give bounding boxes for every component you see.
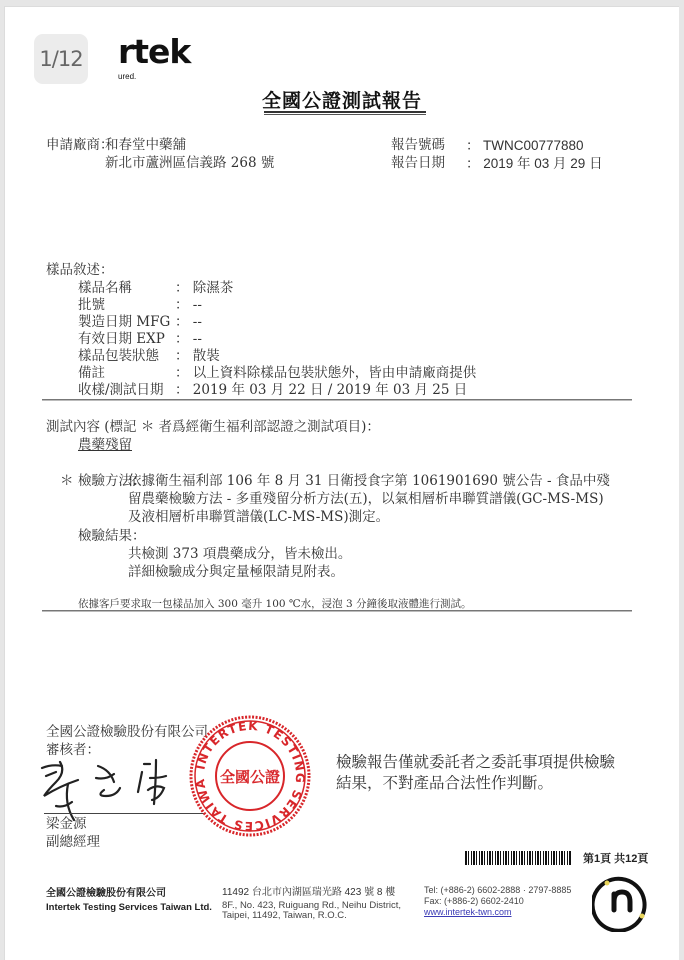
company-seal-stamp: INTERTEK TESTING SERVICES TAIWAN LTD. 全國… (188, 714, 312, 838)
svg-text:全國公證: 全國公證 (220, 768, 280, 786)
sample-field-value: ： 以上資料除樣品包裝狀態外，皆由申請廠商提供 (175, 365, 476, 382)
sample-field-label: 有效日期 EXP (78, 331, 165, 348)
sample-field-value: ： -- (175, 297, 202, 314)
result-label: 檢驗結果： (78, 528, 146, 545)
footer-company-zh: 全國公證檢驗股份有限公司 (46, 887, 166, 900)
sample-field-value: ： -- (175, 314, 202, 331)
intertek-in-logo-icon (592, 872, 652, 932)
sample-field-label: 備註 (78, 365, 105, 382)
footer-website-link[interactable]: www.intertek-twn.com (424, 907, 512, 918)
result-line: 共檢測 373 項農藥成分，皆未檢出。 (128, 546, 351, 563)
result-line: 詳細檢驗成分與定量極限請見附表。 (128, 564, 344, 581)
footer-fax: Fax: (+886-2) 6602-2410 (424, 896, 524, 907)
title-underline (264, 111, 426, 115)
sample-field-value: ： 除濕茶 (175, 280, 233, 297)
report-date-value: ： 2019 年 03 月 29 日 (466, 155, 603, 172)
report-title: 全國公證測試報告 (262, 86, 422, 113)
disclaimer-line: 結果，不對產品合法性作判斷。 (336, 773, 553, 794)
barcode (465, 851, 571, 865)
sample-field-label: 樣品包裝狀態 (78, 348, 159, 365)
certified-marker: ＊ (60, 473, 74, 490)
applicant-name: 和春堂中藥舖 (105, 137, 186, 154)
sample-field-label: 製造日期 MFG (78, 314, 170, 331)
footer-address-en: Taipei, 11492, Taiwan, R.O.C. (222, 910, 347, 921)
section-divider (42, 610, 632, 612)
footer-tel: Tel: (+886-2) 6602-2888 · 2797-8885 (424, 885, 571, 896)
disclaimer-line: 檢驗報告僅就委託者之委託事項提供檢驗 (336, 752, 615, 773)
applicant-address: 新北市蘆洲區信義路 268 號 (105, 155, 274, 172)
reviewer-name: 梁金源 (46, 816, 87, 833)
footer-address-zh: 11492 台北市內湖區瑞光路 423 號 8 樓 (222, 887, 395, 899)
sample-field-value: ： -- (175, 331, 202, 348)
page-indicator: 第1頁 共12頁 (583, 851, 648, 868)
method-line: 依據衛生福利部 106 年 8 月 31 日衛授食字第 1061901690 號… (128, 473, 610, 490)
sample-field-value: ： 2019 年 03 月 22 日 / 2019 年 03 月 25 日 (175, 382, 467, 399)
applicant-label: 申請廠商： (46, 137, 114, 154)
sample-field-label: 樣品名稱 (78, 280, 132, 297)
report-date-label: 報告日期 (391, 155, 445, 172)
page-counter-badge: 1/12 (34, 34, 88, 84)
report-number-label: 報告號碼 (391, 137, 445, 154)
section-divider (42, 399, 632, 401)
test-content-label: 測試內容 (標記 ＊ 者爲經衛生福利部認證之測試項目)： (46, 419, 380, 436)
test-category: 農藥殘留 (78, 437, 132, 454)
report-number-value: ： TWNC00777880 (466, 137, 584, 154)
method-line: 留農藥檢驗方法 - 多重殘留分析方法(五)，以氣相層析串聯質譜儀(GC-MS-M… (128, 491, 604, 508)
viewer-scroll-edge (679, 0, 684, 960)
reviewer-title: 副總經理 (46, 834, 100, 851)
sample-field-label: 批號 (78, 297, 105, 314)
signoff-company: 全國公證檢驗股份有限公司 (46, 724, 208, 741)
footer-company-en: Intertek Testing Services Taiwan Ltd. (46, 901, 212, 914)
sample-field-value: ： 散裝 (175, 348, 220, 365)
logo-tagline: ured. (118, 72, 136, 81)
sample-section-label: 樣品敘述： (46, 262, 114, 279)
intertek-logo: rtek (118, 34, 190, 70)
method-line: 及液相層析串聯質譜儀(LC-MS-MS)測定。 (128, 509, 389, 526)
signature-line (44, 813, 204, 814)
sample-field-label: 收樣/測試日期 (78, 382, 164, 399)
